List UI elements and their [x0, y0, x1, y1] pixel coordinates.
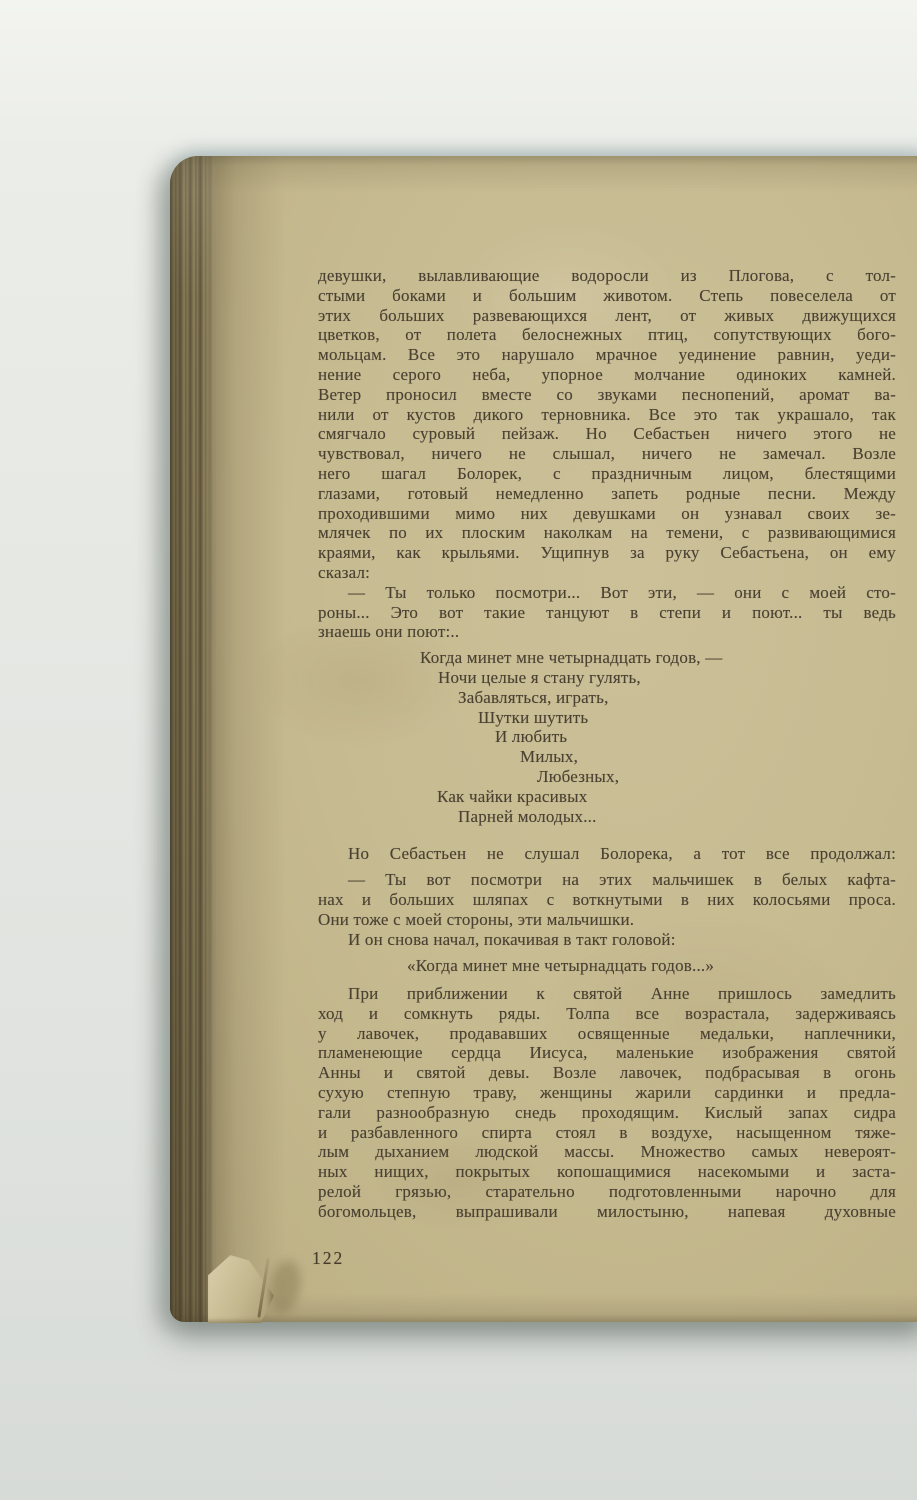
song-verse: Когда минет мне четырнадцать годов, —Ноч…: [318, 648, 896, 826]
scan-background: девушки, вылавливающие водоросли из Плог…: [0, 0, 917, 1500]
text-line: ных нищих, покрытых копошащимися насеком…: [318, 1162, 896, 1182]
text-line: Когда минет мне четырнадцать годов, —: [420, 648, 896, 668]
text-line: Они тоже с моей стороны, эти мальчишки.: [318, 910, 896, 930]
text-line: релой грязью, старательно подготовленным…: [318, 1182, 896, 1202]
text-line: краями, как крыльями. Ущипнув за руку Се…: [318, 543, 896, 563]
dialogue-1: — Ты только посмотри... Вот эти, — они с…: [318, 583, 896, 642]
text-line: богомольцев, выпрашивали милостыню, напе…: [318, 1202, 896, 1222]
text-line: нили от кустов дикого терновника. Все эт…: [318, 405, 896, 425]
text-line: у лавочек, продававших освященные медаль…: [318, 1024, 896, 1044]
dialogue-2: — Ты вот посмотри на этих мальчишек в бе…: [318, 870, 896, 929]
text-line: сказал:: [318, 563, 896, 583]
text-line: мольцам. Все это нарушало мрачное уедине…: [318, 345, 896, 365]
text-line: и разбавленного спирта стоял в воздухе, …: [318, 1123, 896, 1143]
text-line: смягчало суровый пейзаж. Но Себастьен ни…: [318, 424, 896, 444]
text-line: Ветер проносил вместе со звуками песнопе…: [318, 385, 896, 405]
book-fore-edge: [170, 156, 216, 1322]
text-line: Как чайки красивых: [437, 787, 896, 807]
text-line: пламенеющие сердца Иисуса, маленькие изо…: [318, 1043, 896, 1063]
text-line: стыми боками и большим животом. Степь по…: [318, 286, 896, 306]
paragraph-final: При приближении к святой Анне пришлось з…: [318, 984, 896, 1222]
narration-1: Но Себастьен не слушал Болорека, а тот в…: [318, 844, 896, 864]
narration-2: И он снова начал, покачивая в такт голов…: [318, 930, 896, 950]
page-number: 122: [312, 1248, 344, 1269]
text-line: проходившими мимо них девушками он узнав…: [318, 504, 896, 524]
text-line: Анны и святой девы. Возле лавочек, подбр…: [318, 1063, 896, 1083]
text-line: него шагал Болорек, с праздничным лицом,…: [318, 464, 896, 484]
text-line: ход и сомкнуть ряды. Толпа все возрастал…: [318, 1004, 896, 1024]
text-line: знаешь они поют:..: [318, 622, 896, 642]
text-line: девушки, вылавливающие водоросли из Плог…: [318, 266, 896, 286]
text-line: цветков, от полета белоснежных птиц, соп…: [318, 325, 896, 345]
text-line: нение серого неба, упорное молчание один…: [318, 365, 896, 385]
text-line: При приближении к святой Анне пришлось з…: [318, 984, 896, 1004]
book-page: девушки, вылавливающие водоросли из Плог…: [170, 156, 917, 1322]
text-line: Милых,: [520, 747, 896, 767]
text-line: «Когда минет мне четырнадцать годов...»: [407, 956, 896, 976]
text-line: роны... Это вот такие танцуют в степи и …: [318, 603, 896, 623]
text-line: лым дыханием людской массы. Множество са…: [318, 1142, 896, 1162]
text-line: нах и больших шляпах с воткнутыми в них …: [318, 890, 896, 910]
text-line: Ночи целые я стану гулять,: [438, 668, 896, 688]
text-line: сухую степную траву, женщины жарили сард…: [318, 1083, 896, 1103]
text-line: чувствовал, ничего не слышал, ничего не …: [318, 444, 896, 464]
torn-corner-smudge: [266, 1258, 305, 1316]
text-line: — Ты вот посмотри на этих мальчишек в бе…: [318, 870, 896, 890]
text-line: этих больших развевающихся лент, от живы…: [318, 306, 896, 326]
text-line: Забавляться, играть,: [458, 688, 896, 708]
text-line: глазами, готовый немедленно запеть родны…: [318, 484, 896, 504]
text-line: Но Себастьен не слушал Болорека, а тот в…: [318, 844, 896, 864]
text-line: гали разнообразную снедь проходящим. Кис…: [318, 1103, 896, 1123]
text-line: Шутки шутить: [478, 708, 896, 728]
text-line: И он снова начал, покачивая в такт голов…: [318, 930, 896, 950]
page-text-block: девушки, вылавливающие водоросли из Плог…: [318, 266, 896, 1222]
paragraph-continuation: девушки, вылавливающие водоросли из Плог…: [318, 266, 896, 583]
text-line: Парней молодых...: [458, 807, 896, 827]
text-line: млячек по их плоским наколкам на темени,…: [318, 523, 896, 543]
text-line: Любезных,: [537, 767, 896, 787]
text-line: — Ты только посмотри... Вот эти, — они с…: [318, 583, 896, 603]
song-quote: «Когда минет мне четырнадцать годов...»: [318, 956, 896, 976]
text-line: И любить: [495, 727, 896, 747]
